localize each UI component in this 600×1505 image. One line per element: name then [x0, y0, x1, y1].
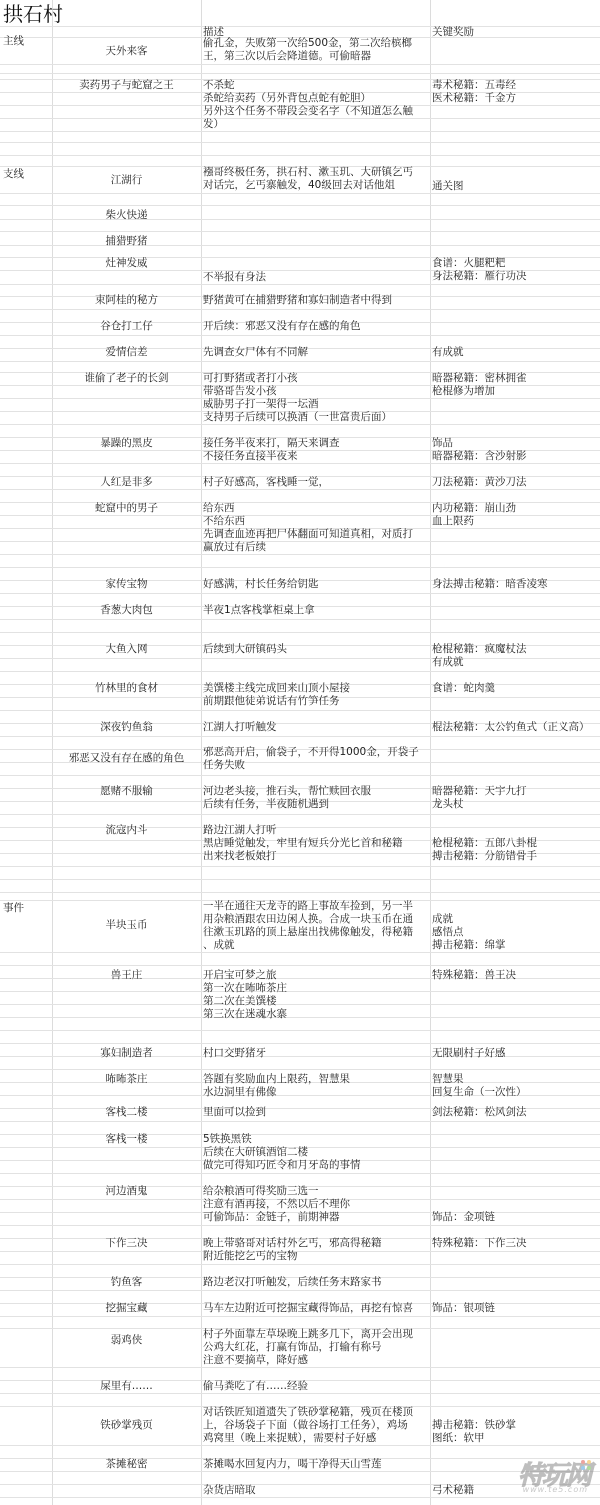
row-divider	[0, 952, 600, 953]
row-divider	[0, 142, 600, 143]
quest-description-line: 做完可得知巧匠令和月牙岛的事情	[203, 1159, 429, 1172]
quest-name: 江湖行	[52, 174, 201, 187]
quest-description-line: 江湖人打听触发	[203, 721, 429, 734]
quest-description-line: 好感满，村长任务给钥匙	[203, 578, 429, 591]
quest-description-line: 出来找老板娘打	[203, 850, 429, 863]
quest-description-line: 给东西	[203, 502, 429, 515]
quest-reward-line: 感悟点	[432, 926, 600, 939]
row-divider	[0, 965, 600, 966]
quest-reward-line: 饰品：银项链	[432, 1302, 600, 1315]
quest-description-line: 带骆哥告发小孩	[203, 385, 429, 398]
quest-description-line: 对话铁匠知道遗失了铁砂掌秘籍，残页在楼顶	[203, 1406, 429, 1419]
quest-name: 谷仓打工仔	[52, 320, 201, 333]
watermark-logo: 特玩网 www.te5.com	[504, 1455, 596, 1499]
column-divider	[201, 0, 202, 1505]
column-divider	[430, 0, 431, 1505]
quest-description-line: 上，谷场袋子下面（做谷场打工任务），鸡场	[203, 1419, 429, 1432]
quest-name: 咘咘茶庄	[52, 1073, 201, 1086]
quest-name: 屎里有……	[52, 1380, 201, 1393]
quest-name: 邪恶又没有存在感的角色	[52, 752, 201, 765]
quest-description-line: 杂货店暗取	[203, 1484, 429, 1497]
quest-name: 天外来客	[52, 45, 201, 58]
quest-description-line: 第三次在迷魂水寨	[203, 1008, 429, 1021]
quest-reward-line: 特殊秘籍：兽王决	[432, 969, 600, 982]
quest-description-line: 后续到大研镇码头	[203, 643, 429, 656]
quest-description-line: 偷孔金，失败第一次给500金，第二次给槟榔	[203, 37, 429, 50]
quest-description-line: 前期跟他徒弟说话有竹笋任务	[203, 695, 429, 708]
quest-description-line: 后续在大研镇酒馆二楼	[203, 1146, 429, 1159]
quest-description-line: 村子外面靠左草垛晚上跳多几下，离开会出现	[203, 1328, 429, 1341]
quest-description-line: 美馔楼主线完成回来山顶小屋接	[203, 682, 429, 695]
quest-name: 灶神发威	[52, 257, 201, 270]
quest-reward-line: 暗器秘籍：天宇九打	[432, 785, 600, 798]
row-divider	[0, 632, 600, 633]
quest-name: 大鱼入网	[52, 643, 201, 656]
quest-reward-line: 无限刷村子好感	[432, 1047, 600, 1060]
quest-reward-line: 刀法秘籍：黄沙刀法	[432, 476, 600, 489]
quest-reward-line: 身法搏击秘籍：暗香凌寒	[432, 578, 600, 591]
row-divider	[0, 1264, 600, 1265]
row-divider	[0, 1121, 600, 1122]
quest-name: 愿赌不服输	[52, 785, 201, 798]
row-divider	[0, 231, 600, 232]
quest-description-line: 不接任务直接半夜来	[203, 450, 429, 463]
row-divider	[0, 1043, 600, 1044]
watermark-url: www.te5.com	[523, 1485, 588, 1494]
quest-description-line: 答题有奖励血内上限药，智慧果	[203, 1073, 429, 1086]
quest-description-line: 野猪黄可在捕猎野猪和寡妇制造者中得到	[203, 294, 429, 307]
quest-description-line: 黑店睡觉触发，牢里有短兵分光匕首和秘籍	[203, 837, 429, 850]
quest-name: 挖掘宝藏	[52, 1302, 201, 1315]
quest-name: 爱情信差	[52, 346, 201, 359]
quest-reward-line: 食谱：火腿粑粑	[432, 257, 600, 270]
quest-description-line: 路边江湖人打听	[203, 824, 429, 837]
quest-description-line: 村口交野猪牙	[203, 1047, 429, 1060]
quest-name: 茶摊秘密	[52, 1458, 201, 1471]
quest-description-line: 、成就	[203, 939, 429, 952]
quest-name: 弱鸡侠	[52, 1334, 201, 1347]
row-divider	[0, 619, 600, 620]
quest-description-line: 先调查血迹再把尸体翻面可知道真相，对质打	[203, 528, 429, 541]
row-divider	[0, 1367, 600, 1368]
row-divider	[0, 814, 600, 815]
row-divider	[0, 892, 600, 893]
category-label: 支线	[3, 168, 24, 181]
quest-name: 家传宝物	[52, 578, 201, 591]
row-divider	[0, 879, 600, 880]
row-divider	[0, 671, 600, 672]
quest-description-line: 第一次在咘咘茶庄	[203, 982, 429, 995]
quest-name: 钓鱼客	[52, 1276, 201, 1289]
row-divider	[0, 1030, 600, 1031]
quest-reward-line: 搏击秘籍：分筋错骨手	[432, 850, 600, 863]
quest-description-line: 附近能挖乞丐的宝物	[203, 1250, 429, 1263]
quest-reward-line: 内功秘籍：崩山劲	[432, 502, 600, 515]
row-divider	[0, 1316, 600, 1317]
quest-description-line: 水边洞里有佛像	[203, 1086, 429, 1099]
quest-description-line: 王，第三次以后会降道德。可偷暗器	[203, 50, 429, 63]
row-divider	[0, 1173, 600, 1174]
quest-reward-line: 枪棍修为增加	[432, 385, 600, 398]
row-divider	[0, 775, 600, 776]
quest-reward-line: 毒术秘籍：五毒经	[432, 79, 600, 92]
row-divider	[0, 866, 600, 867]
row-divider	[0, 424, 600, 425]
row-divider	[0, 131, 600, 132]
row-divider	[0, 554, 600, 555]
quest-reward-line: 饰品：金项链	[432, 1211, 600, 1224]
quest-reward-line: 食谱：蛇肉羹	[432, 682, 600, 695]
row-divider	[0, 1393, 600, 1394]
quest-name: 半块玉币	[52, 919, 201, 932]
quest-description-line: 对话完，乞丐寨触发，40级回去对话他俎	[203, 179, 429, 192]
row-divider	[0, 1225, 600, 1226]
quest-description-line: 邪恶高开启，偷袋子，不开得1000金，开袋子	[203, 746, 429, 759]
quest-description-line: 杀蛇给卖药（另外背包点蛇有蛇胆）	[203, 92, 429, 105]
quest-reward-line: 回复生命（一次性）	[432, 1086, 600, 1099]
quest-description-line: 茶摊喝水回复内力，喝干净得天山雪莲	[203, 1458, 429, 1471]
sheet-title: 拱石村	[3, 2, 63, 26]
quest-reward-line: 身法秘籍：雁行功决	[432, 270, 600, 283]
spreadsheet: 拱石村 描述 关键奖励 主线支线事件 天外来客偷孔金，失败第一次给500金，第二…	[0, 0, 600, 1505]
quest-reward-line: 通关图	[432, 180, 600, 193]
quest-reward-line: 暗器秘籍：密林拥雀	[432, 372, 600, 385]
header-reward: 关键奖励	[432, 26, 600, 39]
quest-description-line: 威胁男子打一架得一坛酒	[203, 398, 429, 411]
quest-reward-line: 智慧果	[432, 1073, 600, 1086]
quest-name: 流寇内斗	[52, 824, 201, 837]
quest-description-line: 开启宝可梦之旅	[203, 969, 429, 982]
quest-reward-line: 枪棍秘籍：疯魔杖法	[432, 643, 600, 656]
quest-name: 束阿桂的秘方	[52, 294, 201, 307]
quest-description-line: 开后续：邪恶又没有存在感的角色	[203, 320, 429, 333]
quest-reward-line: 图纸：软甲	[432, 1432, 600, 1445]
quest-description-line: 偷马粪吃了有……经验	[203, 1380, 429, 1393]
quest-description-line: 5铁换黑铁	[203, 1133, 429, 1146]
quest-reward-line: 剑法秘籍：松风剑法	[432, 1106, 600, 1119]
quest-description-line: 村子好感高，客栈睡一觉，	[203, 476, 429, 489]
quest-description-line: 后续有任务，半夜随机遇到	[203, 798, 429, 811]
quest-description-line: 发）	[203, 118, 429, 131]
quest-reward-line: 搏击秘籍：绵掌	[432, 939, 600, 952]
quest-reward-line: 搏击秘籍：铁砂掌	[432, 1419, 600, 1432]
row-divider	[0, 73, 600, 74]
quest-name: 香葱大肉包	[52, 604, 201, 617]
row-divider	[0, 155, 600, 156]
row-divider	[0, 284, 600, 285]
quest-description-line: 注意不要摘草，降好感	[203, 1354, 429, 1367]
category-label: 事件	[3, 902, 24, 915]
quest-description-line: 赢放过有后续	[203, 541, 429, 554]
row-divider	[0, 736, 600, 737]
quest-reward-line: 医术秘籍：千金方	[432, 92, 600, 105]
quest-description-line: 可打野猪或者打小孩	[203, 372, 429, 385]
quest-description-line: 注意有酒再接，不然以后不理你	[203, 1198, 429, 1211]
quest-description-line: 往漱玉玑路的顶上悬崖出找佛像触发，得秘籍	[203, 926, 429, 939]
row-divider	[0, 710, 600, 711]
quest-name: 兽王庄	[52, 969, 201, 982]
quest-description-line: 支持男子后续可以换酒（一世富贵后面）	[203, 411, 429, 424]
quest-reward-line: 血上限药	[432, 515, 600, 528]
row-divider	[0, 361, 600, 362]
quest-description-line: 路边老汉打听触发，后续任务末路家书	[203, 1276, 429, 1289]
quest-reward-line: 枪棍秘籍：五郎八卦棍	[432, 837, 600, 850]
quest-name: 谁偷了老子的长剑	[52, 372, 201, 385]
row-divider	[0, 193, 600, 194]
quest-name: 暴躁的黑皮	[52, 437, 201, 450]
quest-description-line: 马车左边附近可挖掘宝藏得饰品，再挖有惊喜	[203, 1302, 429, 1315]
quest-name: 下作三决	[52, 1237, 201, 1250]
quest-reward-line: 特殊秘籍：下作三决	[432, 1237, 600, 1250]
row-divider	[0, 463, 600, 464]
row-divider	[0, 593, 600, 594]
quest-reward-line: 有成就	[432, 346, 600, 359]
quest-name: 客栈一楼	[52, 1133, 201, 1146]
quest-name: 蛇窟中的男子	[52, 502, 201, 515]
quest-name: 深夜钓鱼翁	[52, 721, 201, 734]
row-divider	[0, 489, 600, 490]
quest-name: 竹林里的食材	[52, 682, 201, 695]
row-divider	[0, 64, 600, 65]
quest-name: 铁砂掌残页	[52, 1419, 201, 1432]
quest-name: 柴火快递	[52, 209, 201, 222]
quest-reward-line: 成就	[432, 913, 600, 926]
quest-description-line: 公鸡大红花，打赢有饰品，打输有称号	[203, 1341, 429, 1354]
quest-description-line: 晚上带骆哥对话村外乞丐，邪高得秘籍	[203, 1237, 429, 1250]
quest-description-line: 任务失败	[203, 759, 429, 772]
quest-description-line: 不给东西	[203, 515, 429, 528]
watermark-dots-icon	[580, 1459, 592, 1471]
quest-description-line: 可偷饰品：金链子，前期神器	[203, 1211, 429, 1224]
quest-reward-line: 暗器秘籍：含沙射影	[432, 450, 600, 463]
quest-name: 卖药男子与蛇窟之王	[52, 79, 201, 92]
quest-description-line: 用杂粮酒跟农田边闲人换。合成一块玉币在通	[203, 913, 429, 926]
quest-description-line: 接任务半夜来打，隔天来调查	[203, 437, 429, 450]
row-divider	[0, 1445, 600, 1446]
quest-name: 客栈二楼	[52, 1106, 201, 1119]
category-label: 主线	[3, 35, 24, 48]
row-divider	[0, 335, 600, 336]
quest-name: 寡妇制造者	[52, 1047, 201, 1060]
quest-reward-line: 棍法秘籍：太公钓鱼式（正义高）	[432, 721, 600, 734]
quest-description-line: 一半在通往天龙寺的路上事故车捡到，另一半	[203, 900, 429, 913]
quest-description-line: 鸡窝里（晚上来捉贼），需要村子好感	[203, 1432, 429, 1445]
quest-description-line: 里面可以捡到	[203, 1106, 429, 1119]
row-divider	[0, 1069, 600, 1070]
quest-description-line: 襁哥终极任务，拱石村、漱玉玑、大研镇乞丐	[203, 166, 429, 179]
quest-name: 人红是非多	[52, 476, 201, 489]
quest-description-line: 第二次在美馔楼	[203, 995, 429, 1008]
quest-reward-line: 有成就	[432, 656, 600, 669]
quest-name: 捕猎野猪	[52, 235, 201, 248]
quest-description-line: 半夜1点客栈掌柜桌上拿	[203, 604, 429, 617]
quest-reward-line: 饰品	[432, 437, 600, 450]
quest-reward-line: 龙头杖	[432, 798, 600, 811]
quest-description-line: 先调查女尸体有不同解	[203, 346, 429, 359]
row-divider	[0, 205, 600, 206]
quest-name: 河边酒鬼	[52, 1185, 201, 1198]
quest-description-line: 不举报有身法	[203, 271, 429, 284]
quest-description-line: 另外这个任务不带段会变名字（不知道怎么触	[203, 105, 429, 118]
row-divider	[0, 309, 600, 310]
quest-description-line: 不杀蛇	[203, 79, 429, 92]
quest-description-line: 河边老头接，推石头，帮忙赎回衣服	[203, 785, 429, 798]
row-divider	[0, 567, 600, 568]
row-divider	[0, 1290, 600, 1291]
quest-description-line: 给杂粮酒可得奖励三选一	[203, 1185, 429, 1198]
